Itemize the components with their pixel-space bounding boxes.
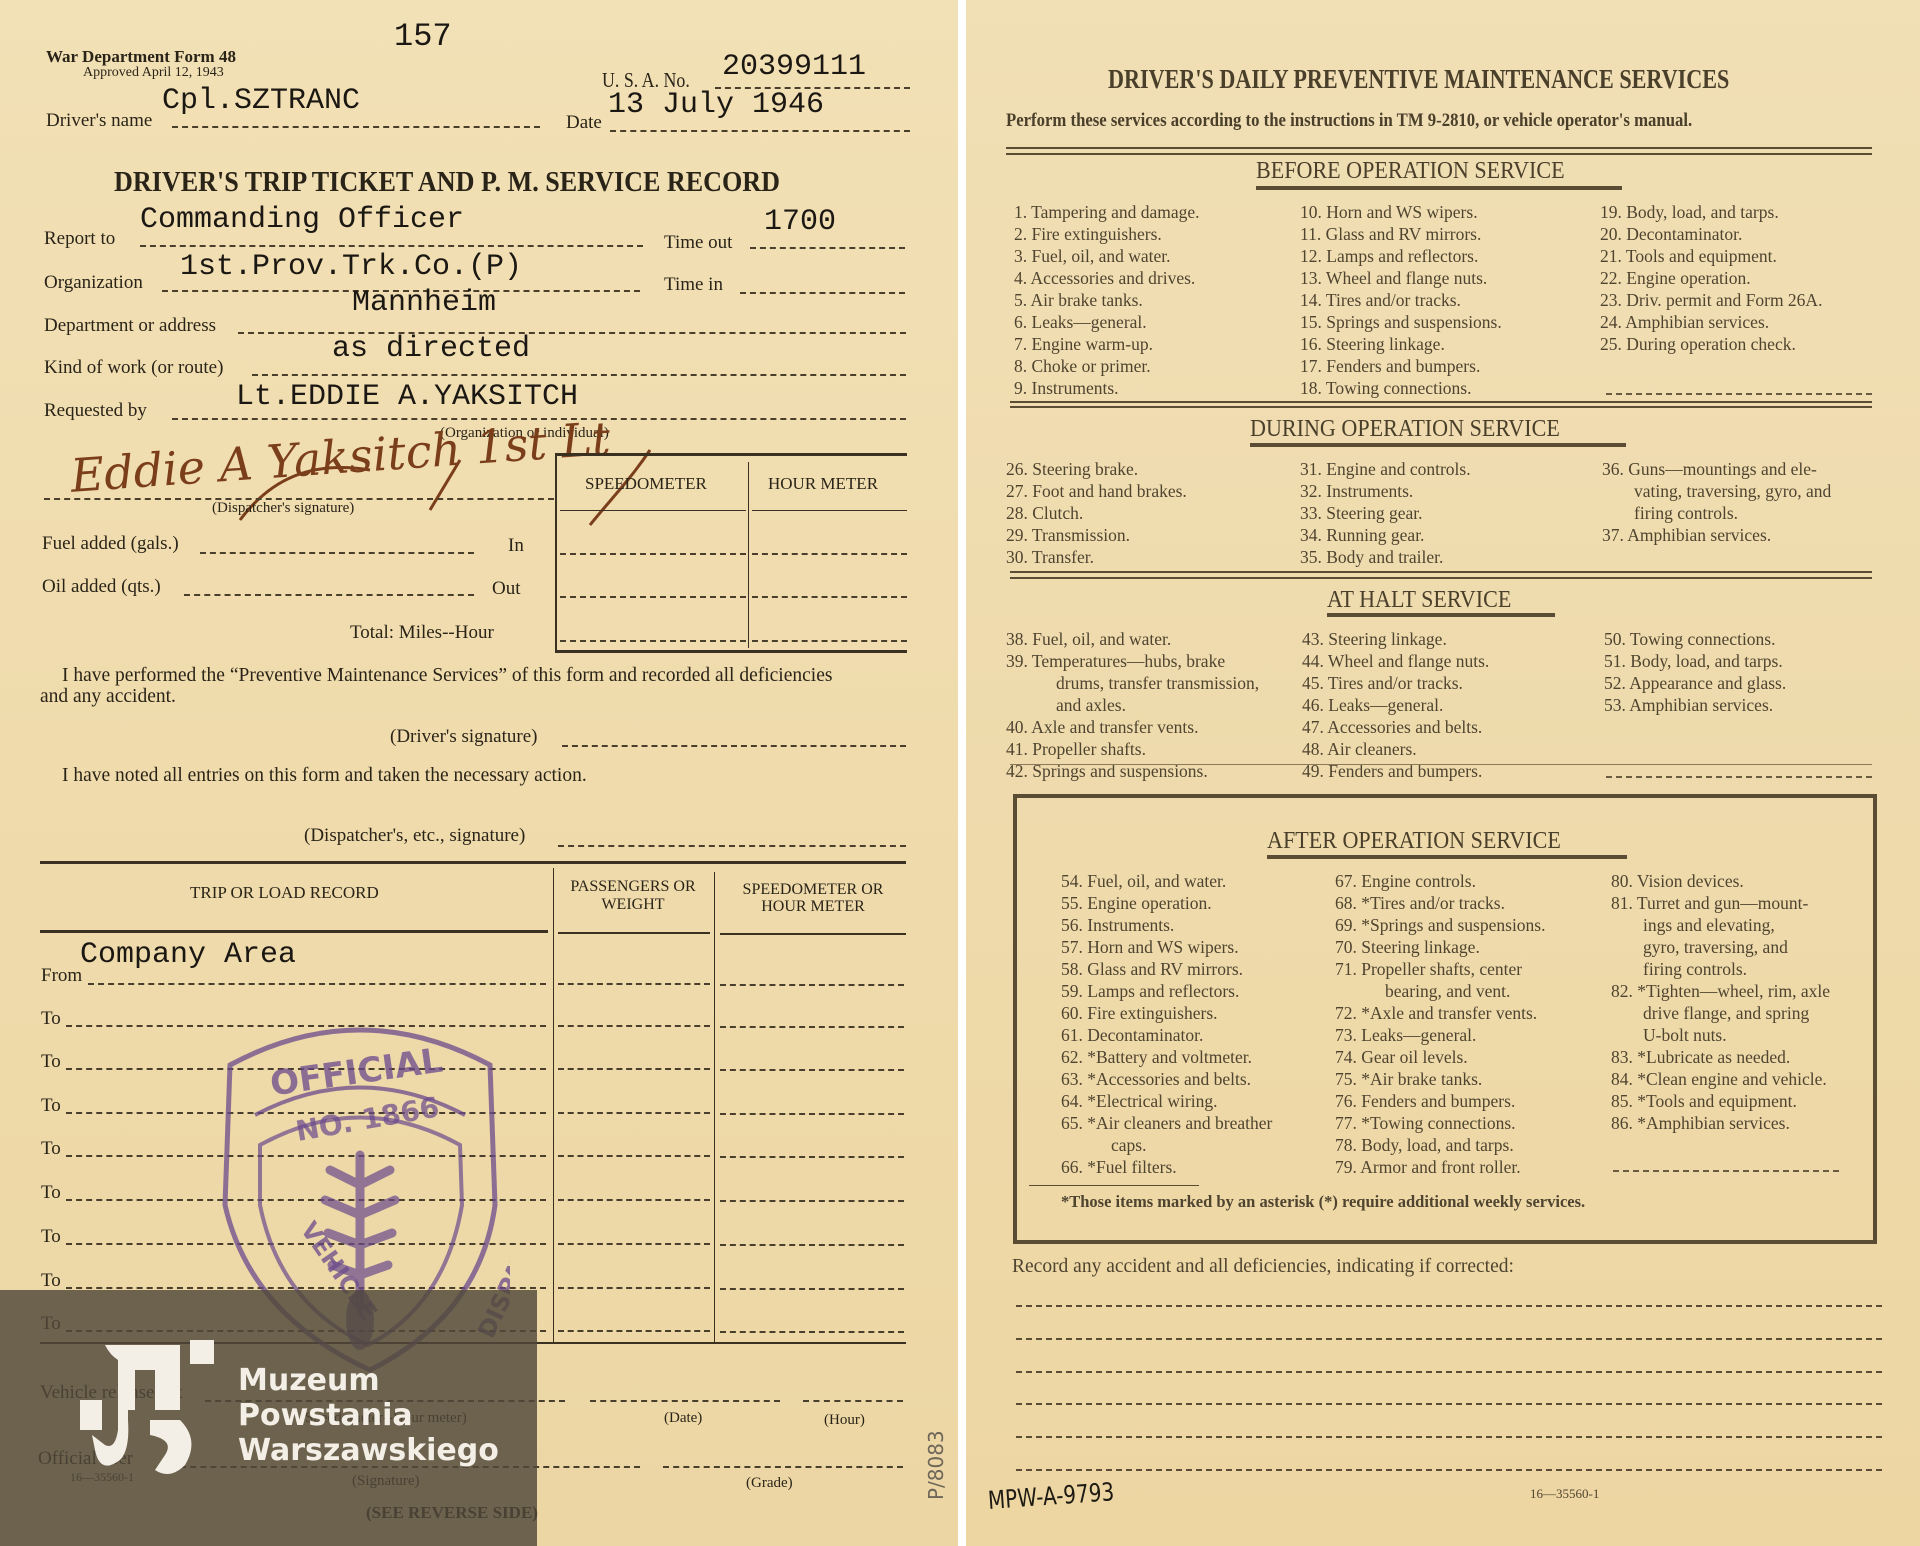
requested-by-label: Requested by xyxy=(44,400,147,422)
before-col-2: 10. Horn and WS wipers. 11. Glass and RV… xyxy=(1300,201,1502,399)
before-extra-line[interactable] xyxy=(1606,393,1872,395)
vehicle-released-hour-field[interactable] xyxy=(803,1400,903,1402)
trip-header-underline-1 xyxy=(40,930,548,933)
meter-table-top-border xyxy=(555,453,907,456)
service-item: caps. xyxy=(1061,1134,1272,1156)
fuel-added-field[interactable] xyxy=(200,552,474,554)
service-item: 84. *Clean engine and vehicle. xyxy=(1611,1068,1830,1090)
service-item: 36. Guns—mountings and ele- xyxy=(1602,458,1831,480)
service-item: 23. Driv. permit and Form 26A. xyxy=(1600,289,1822,311)
trip-row-passengers[interactable] xyxy=(558,1155,710,1157)
time-out-line xyxy=(750,247,905,249)
service-item: 18. Towing connections. xyxy=(1300,377,1502,399)
during-col-1: 26. Steering brake. 27. Foot and hand br… xyxy=(1006,458,1187,568)
service-item: 75. *Air brake tanks. xyxy=(1335,1068,1546,1090)
service-item: 12. Lamps and reflectors. xyxy=(1300,245,1502,267)
services-rule xyxy=(1006,147,1872,149)
during-rule xyxy=(1010,571,1872,573)
department-label: Department or address xyxy=(44,315,216,337)
service-item: 63. *Accessories and belts. xyxy=(1061,1068,1272,1090)
maintenance-services-reverse-page: DRIVER'S DAILY PREVENTIVE MAINTENANCE SE… xyxy=(966,0,1920,1546)
service-item: 3. Fuel, oil, and water. xyxy=(1014,245,1200,267)
section-underline-after xyxy=(1267,855,1627,859)
section-underline-halt xyxy=(1327,613,1555,617)
before-col-1: 1. Tampering and damage. 2. Fire extingu… xyxy=(1014,201,1200,399)
service-item: 45. Tires and/or tracks. xyxy=(1302,672,1489,694)
svg-text:NO. 1866: NO. 1866 xyxy=(293,1090,441,1148)
service-item: vating, traversing, gyro, and xyxy=(1602,480,1831,502)
service-item: 78. Body, load, and tarps. xyxy=(1335,1134,1546,1156)
service-item: 60. Fire extinguishers. xyxy=(1061,1002,1272,1024)
date-value[interactable]: 13 July 1946 xyxy=(608,88,824,122)
trip-row-meter[interactable] xyxy=(720,1156,904,1158)
deficiency-line[interactable] xyxy=(1016,1338,1882,1340)
service-item: 56. Instruments. xyxy=(1061,914,1272,936)
services-subtitle: Perform these services according to the … xyxy=(1006,110,1692,132)
trip-header-underline-2 xyxy=(558,932,710,934)
section-title-before: BEFORE OPERATION SERVICE xyxy=(1256,158,1565,185)
print-code-right: 16—35560-1 xyxy=(1530,1486,1599,1502)
service-item: 74. Gear oil levels. xyxy=(1335,1046,1546,1068)
asterisk-footnote: *Those items marked by an asterisk (*) r… xyxy=(1061,1192,1585,1212)
service-item: 33. Steering gear. xyxy=(1300,502,1471,524)
service-item: 38. Fuel, oil, and water. xyxy=(1006,628,1259,650)
kind-of-work-label: Kind of work (or route) xyxy=(44,357,223,379)
service-item: 76. Fenders and bumpers. xyxy=(1335,1090,1546,1112)
trip-row-passengers[interactable] xyxy=(558,1068,710,1070)
time-in-line[interactable] xyxy=(740,292,905,294)
service-item: 29. Transmission. xyxy=(1006,524,1187,546)
service-item: 11. Glass and RV mirrors. xyxy=(1300,223,1502,245)
section-title-after: AFTER OPERATION SERVICE xyxy=(1267,828,1561,855)
trip-row-passengers[interactable] xyxy=(558,1330,710,1332)
meter-table-left-border xyxy=(555,455,557,650)
museum-name-line-1: Muzeum xyxy=(238,1363,499,1398)
museum-watermark: Muzeum Powstania Warszawskiego xyxy=(0,1290,537,1546)
trip-row-meter[interactable] xyxy=(720,1113,904,1115)
trip-from-value[interactable]: Company Area xyxy=(80,938,296,972)
deficiency-line[interactable] xyxy=(1016,1436,1882,1438)
kotwica-anchor-icon xyxy=(70,1340,220,1480)
meter-total-label: Total: Miles--Hour xyxy=(350,622,494,644)
dispatcher-etc-signature-field[interactable] xyxy=(558,845,906,847)
services-rule-2 xyxy=(1006,153,1872,155)
service-item: 71. Propeller shafts, center xyxy=(1335,958,1546,980)
deficiency-line[interactable] xyxy=(1016,1469,1882,1471)
service-item: 9. Instruments. xyxy=(1014,377,1200,399)
trip-row-meter[interactable] xyxy=(720,1331,904,1333)
service-item: 15. Springs and suspensions. xyxy=(1300,311,1502,333)
service-item: firing controls. xyxy=(1602,502,1831,524)
service-item: 46. Leaks—general. xyxy=(1302,694,1489,716)
trip-to-label: To xyxy=(41,1051,61,1073)
hour-meter-out-field[interactable] xyxy=(752,596,907,598)
trip-row-meter[interactable] xyxy=(720,1069,904,1071)
drivers-signature-label: (Driver's signature) xyxy=(390,726,537,748)
form-title: DRIVER'S TRIP TICKET AND P. M. SERVICE R… xyxy=(114,166,780,199)
time-out-label: Time out xyxy=(664,232,732,254)
trip-row-passengers[interactable] xyxy=(558,1025,710,1027)
trip-row-passengers[interactable] xyxy=(558,1287,710,1289)
service-item: 35. Body and trailer. xyxy=(1300,546,1471,568)
service-item: 43. Steering linkage. xyxy=(1302,628,1489,650)
service-item: 69. *Springs and suspensions. xyxy=(1335,914,1546,936)
service-item: 68. *Tires and/or tracks. xyxy=(1335,892,1546,914)
service-item: 59. Lamps and reflectors. xyxy=(1061,980,1272,1002)
service-item: 10. Horn and WS wipers. xyxy=(1300,201,1502,223)
archive-number-left: P/8083 xyxy=(924,1430,948,1500)
after-extra-line[interactable] xyxy=(1613,1170,1839,1172)
service-item: 81. Turret and gun—mount- xyxy=(1611,892,1830,914)
after-col-3: 80. Vision devices. 81. Turret and gun—m… xyxy=(1611,870,1830,1134)
museum-name-line-3: Warszawskiego xyxy=(238,1433,499,1468)
meter-out-label: Out xyxy=(492,578,521,600)
dispatcher-statement: I have noted all entries on this form an… xyxy=(62,765,587,787)
trip-row-meter[interactable] xyxy=(720,1288,904,1290)
trip-header-weight: WEIGHT xyxy=(562,896,704,914)
report-to-line xyxy=(140,245,643,247)
dispatcher-etc-signature-label: (Dispatcher's, etc., signature) xyxy=(304,825,525,847)
halt-col-2: 43. Steering linkage. 44. Wheel and flan… xyxy=(1302,628,1489,782)
service-item: 70. Steering linkage. xyxy=(1335,936,1546,958)
service-item: 65. *Air cleaners and breather xyxy=(1061,1112,1272,1134)
during-rule-2 xyxy=(1010,577,1872,579)
trip-to-label: To xyxy=(41,1226,61,1248)
section-divider xyxy=(40,861,906,864)
service-item: 64. *Electrical wiring. xyxy=(1061,1090,1272,1112)
service-item: 47. Accessories and belts. xyxy=(1302,716,1489,738)
driver-statement: I have performed the “Preventive Mainten… xyxy=(62,665,832,687)
service-item: 32. Instruments. xyxy=(1300,480,1471,502)
speedometer-out-field[interactable] xyxy=(560,596,746,598)
trip-header-passengers: PASSENGERS OR xyxy=(562,878,704,896)
service-item: 27. Foot and hand brakes. xyxy=(1006,480,1187,502)
service-item: 41. Propeller shafts. xyxy=(1006,738,1259,760)
service-item: 85. *Tools and equipment. xyxy=(1611,1090,1830,1112)
service-item: 14. Tires and/or tracks. xyxy=(1300,289,1502,311)
service-item: 86. *Amphibian services. xyxy=(1611,1112,1830,1134)
form-approved-date: Approved April 12, 1943 xyxy=(83,65,224,81)
trip-row-line[interactable] xyxy=(88,983,546,985)
hour-sublabel: (Hour) xyxy=(824,1412,865,1429)
date-sublabel: (Date) xyxy=(664,1410,702,1427)
service-item: ings and elevating, xyxy=(1611,914,1830,936)
service-item: 52. Appearance and glass. xyxy=(1604,672,1786,694)
service-item: 2. Fire extinguishers. xyxy=(1014,223,1200,245)
service-item: 55. Engine operation. xyxy=(1061,892,1272,914)
service-item: 57. Horn and WS wipers. xyxy=(1061,936,1272,958)
trip-to-label: To xyxy=(41,1270,61,1292)
grade-sublabel: (Grade) xyxy=(746,1475,793,1492)
halt-rule xyxy=(1010,764,1872,765)
report-to-label: Report to xyxy=(44,228,115,250)
deficiency-line[interactable] xyxy=(1016,1371,1882,1373)
service-item: 1. Tampering and damage. xyxy=(1014,201,1200,223)
trip-row-meter[interactable] xyxy=(720,1244,904,1246)
service-item: 30. Transfer. xyxy=(1006,546,1187,568)
trip-to-label: To xyxy=(41,1008,61,1030)
driver-statement-cont: and any accident. xyxy=(40,686,176,708)
service-item: U-bolt nuts. xyxy=(1611,1024,1830,1046)
after-operation-box: AFTER OPERATION SERVICE 54. Fuel, oil, a… xyxy=(1013,794,1877,1244)
section-underline-during xyxy=(1250,443,1626,447)
drivers-name-label: Driver's name xyxy=(46,110,152,132)
drivers-signature-field[interactable] xyxy=(562,745,906,747)
meter-table-divider xyxy=(748,462,749,648)
service-item: 25. During operation check. xyxy=(1600,333,1822,355)
service-item: 67. Engine controls. xyxy=(1335,870,1546,892)
organization-label: Organization xyxy=(44,272,143,294)
vehicle-released-date-field[interactable] xyxy=(590,1400,780,1402)
service-item: 79. Armor and front roller. xyxy=(1335,1156,1546,1178)
trip-header-speedometer: SPEEDOMETER OR xyxy=(722,881,904,899)
service-item: 17. Fenders and bumpers. xyxy=(1300,355,1502,377)
trip-header-hour-meter: HOUR METER xyxy=(722,898,904,916)
before-rule-2 xyxy=(1010,406,1872,408)
trip-header-record: TRIP OR LOAD RECORD xyxy=(190,883,379,903)
trip-to-label: To xyxy=(41,1182,61,1204)
service-item: drive flange, and spring xyxy=(1611,1002,1830,1024)
deficiency-line[interactable] xyxy=(1016,1403,1882,1405)
museum-name-line-2: Powstania xyxy=(238,1398,499,1433)
time-in-label: Time in xyxy=(664,274,723,296)
meter-in-label: In xyxy=(508,535,524,557)
service-item: 82. *Tighten—wheel, rim, axle xyxy=(1611,980,1830,1002)
service-item: 72. *Axle and transfer vents. xyxy=(1335,1002,1546,1024)
service-item: and axles. xyxy=(1006,694,1259,716)
after-col-2: 67. Engine controls. 68. *Tires and/or t… xyxy=(1335,870,1546,1178)
drivers-name-value[interactable]: Cpl.SZTRANC xyxy=(162,84,360,118)
during-col-3: 36. Guns—mountings and ele- vating, trav… xyxy=(1602,458,1831,546)
services-title: DRIVER'S DAILY PREVENTIVE MAINTENANCE SE… xyxy=(1108,64,1729,95)
ticket-number: 157 xyxy=(394,18,452,55)
service-item: bearing, and vent. xyxy=(1335,980,1546,1002)
museum-name: Muzeum Powstania Warszawskiego xyxy=(238,1363,499,1468)
trip-row-passengers[interactable] xyxy=(558,1199,710,1201)
trip-to-label: To xyxy=(41,1138,61,1160)
service-item: 48. Air cleaners. xyxy=(1302,738,1489,760)
service-item: 66. *Fuel filters. xyxy=(1061,1156,1272,1178)
official-user-grade-field[interactable] xyxy=(663,1466,903,1468)
service-item: 58. Glass and RV mirrors. xyxy=(1061,958,1272,980)
service-item: 26. Steering brake. xyxy=(1006,458,1187,480)
trip-col-divider-2 xyxy=(714,872,715,1342)
meter-header-underline-2 xyxy=(752,510,907,511)
meter-header-hour-meter: HOUR METER xyxy=(768,474,878,494)
dispatcher-signature-label: (Dispatcher's signature) xyxy=(212,500,354,517)
service-item: 28. Clutch. xyxy=(1006,502,1187,524)
record-deficiencies-label: Record any accident and all deficiencies… xyxy=(1012,1256,1514,1278)
meter-table-bottom-border xyxy=(555,650,907,653)
service-item: 54. Fuel, oil, and water. xyxy=(1061,870,1272,892)
meter-header-underline-1 xyxy=(560,510,746,511)
drivers-name-line xyxy=(172,126,540,128)
service-item: 31. Engine and controls. xyxy=(1300,458,1471,480)
report-to-value[interactable]: Commanding Officer xyxy=(140,203,464,237)
halt-extra-line[interactable] xyxy=(1606,776,1872,778)
service-item: 19. Body, load, and tarps. xyxy=(1600,201,1822,223)
service-item: 7. Engine warm-up. xyxy=(1014,333,1200,355)
halt-col-1: 38. Fuel, oil, and water. 39. Temperatur… xyxy=(1006,628,1259,782)
trip-from-label: From xyxy=(41,965,82,987)
fuel-added-label: Fuel added (gals.) xyxy=(42,533,179,555)
service-item: 39. Temperatures—hubs, brake xyxy=(1006,650,1259,672)
before-rule xyxy=(1010,401,1872,403)
section-underline-before xyxy=(1256,186,1622,190)
trip-row-meter[interactable] xyxy=(720,1026,904,1028)
trip-row-meter[interactable] xyxy=(720,1200,904,1202)
footnote-rule xyxy=(1029,1185,1199,1186)
meter-header-speedometer: SPEEDOMETER xyxy=(585,474,707,494)
service-item: 8. Choke or primer. xyxy=(1014,355,1200,377)
trip-row-passengers[interactable] xyxy=(558,983,710,985)
requested-by-value[interactable]: Lt.EDDIE A.YAKSITCH xyxy=(236,380,578,414)
service-item: 22. Engine operation. xyxy=(1600,267,1822,289)
service-item: 77. *Towing connections. xyxy=(1335,1112,1546,1134)
oil-added-label: Oil added (qts.) xyxy=(42,576,161,598)
date-line xyxy=(610,130,910,132)
section-title-during: DURING OPERATION SERVICE xyxy=(1250,416,1560,443)
organization-value[interactable]: 1st.Prov.Trk.Co.(P) xyxy=(180,250,522,284)
service-item: 4. Accessories and drives. xyxy=(1014,267,1200,289)
service-item: drums, transfer transmission, xyxy=(1006,672,1259,694)
service-item: 50. Towing connections. xyxy=(1604,628,1786,650)
service-item: 20. Decontaminator. xyxy=(1600,223,1822,245)
oil-added-field[interactable] xyxy=(184,594,474,596)
service-item: 61. Decontaminator. xyxy=(1061,1024,1272,1046)
during-col-2: 31. Engine and controls. 32. Instruments… xyxy=(1300,458,1471,568)
kind-of-work-line xyxy=(252,374,906,376)
trip-to-label: To xyxy=(41,1095,61,1117)
service-item: 80. Vision devices. xyxy=(1611,870,1830,892)
department-value[interactable]: Mannheim xyxy=(352,286,496,320)
service-item: 73. Leaks—general. xyxy=(1335,1024,1546,1046)
service-item: 16. Steering linkage. xyxy=(1300,333,1502,355)
before-col-3: 19. Body, load, and tarps. 20. Decontami… xyxy=(1600,201,1822,355)
speedometer-total-field[interactable] xyxy=(560,640,746,642)
deficiency-line[interactable] xyxy=(1016,1305,1882,1307)
service-item: 51. Body, load, and tarps. xyxy=(1604,650,1786,672)
date-label: Date xyxy=(566,112,602,134)
trip-row-passengers[interactable] xyxy=(558,1243,710,1245)
time-out-value[interactable]: 1700 xyxy=(764,205,836,239)
hour-meter-in-field[interactable] xyxy=(752,553,907,555)
service-item: 13. Wheel and flange nuts. xyxy=(1300,267,1502,289)
service-item: gyro, traversing, and xyxy=(1611,936,1830,958)
trip-col-divider-1 xyxy=(553,868,554,1343)
form-id: War Department Form 48 xyxy=(46,47,236,67)
hour-meter-total-field[interactable] xyxy=(752,640,907,642)
service-item: 37. Amphibian services. xyxy=(1602,524,1831,546)
service-item: firing controls. xyxy=(1611,958,1830,980)
service-item: 44. Wheel and flange nuts. xyxy=(1302,650,1489,672)
halt-col-3: 50. Towing connections. 51. Body, load, … xyxy=(1604,628,1786,716)
trip-row-meter[interactable] xyxy=(720,984,904,986)
service-item: 53. Amphibian services. xyxy=(1604,694,1786,716)
after-col-1: 54. Fuel, oil, and water. 55. Engine ope… xyxy=(1061,870,1272,1178)
service-item: 24. Amphibian services. xyxy=(1600,311,1822,333)
service-item: 6. Leaks—general. xyxy=(1014,311,1200,333)
archive-number-right: MPW-A-9793 xyxy=(987,1477,1115,1515)
section-title-halt: AT HALT SERVICE xyxy=(1327,587,1511,614)
kind-of-work-value[interactable]: as directed xyxy=(332,332,530,366)
service-item: 83. *Lubricate as needed. xyxy=(1611,1046,1830,1068)
page-gap xyxy=(958,0,966,1546)
trip-header-underline-3 xyxy=(720,933,906,935)
service-item: 40. Axle and transfer vents. xyxy=(1006,716,1259,738)
service-item: 34. Running gear. xyxy=(1300,524,1471,546)
usa-no-value[interactable]: 20399111 xyxy=(722,50,866,84)
trip-row-passengers[interactable] xyxy=(558,1112,710,1114)
speedometer-in-field[interactable] xyxy=(560,553,746,555)
service-item: 21. Tools and equipment. xyxy=(1600,245,1822,267)
service-item: 62. *Battery and voltmeter. xyxy=(1061,1046,1272,1068)
service-item: 5. Air brake tanks. xyxy=(1014,289,1200,311)
